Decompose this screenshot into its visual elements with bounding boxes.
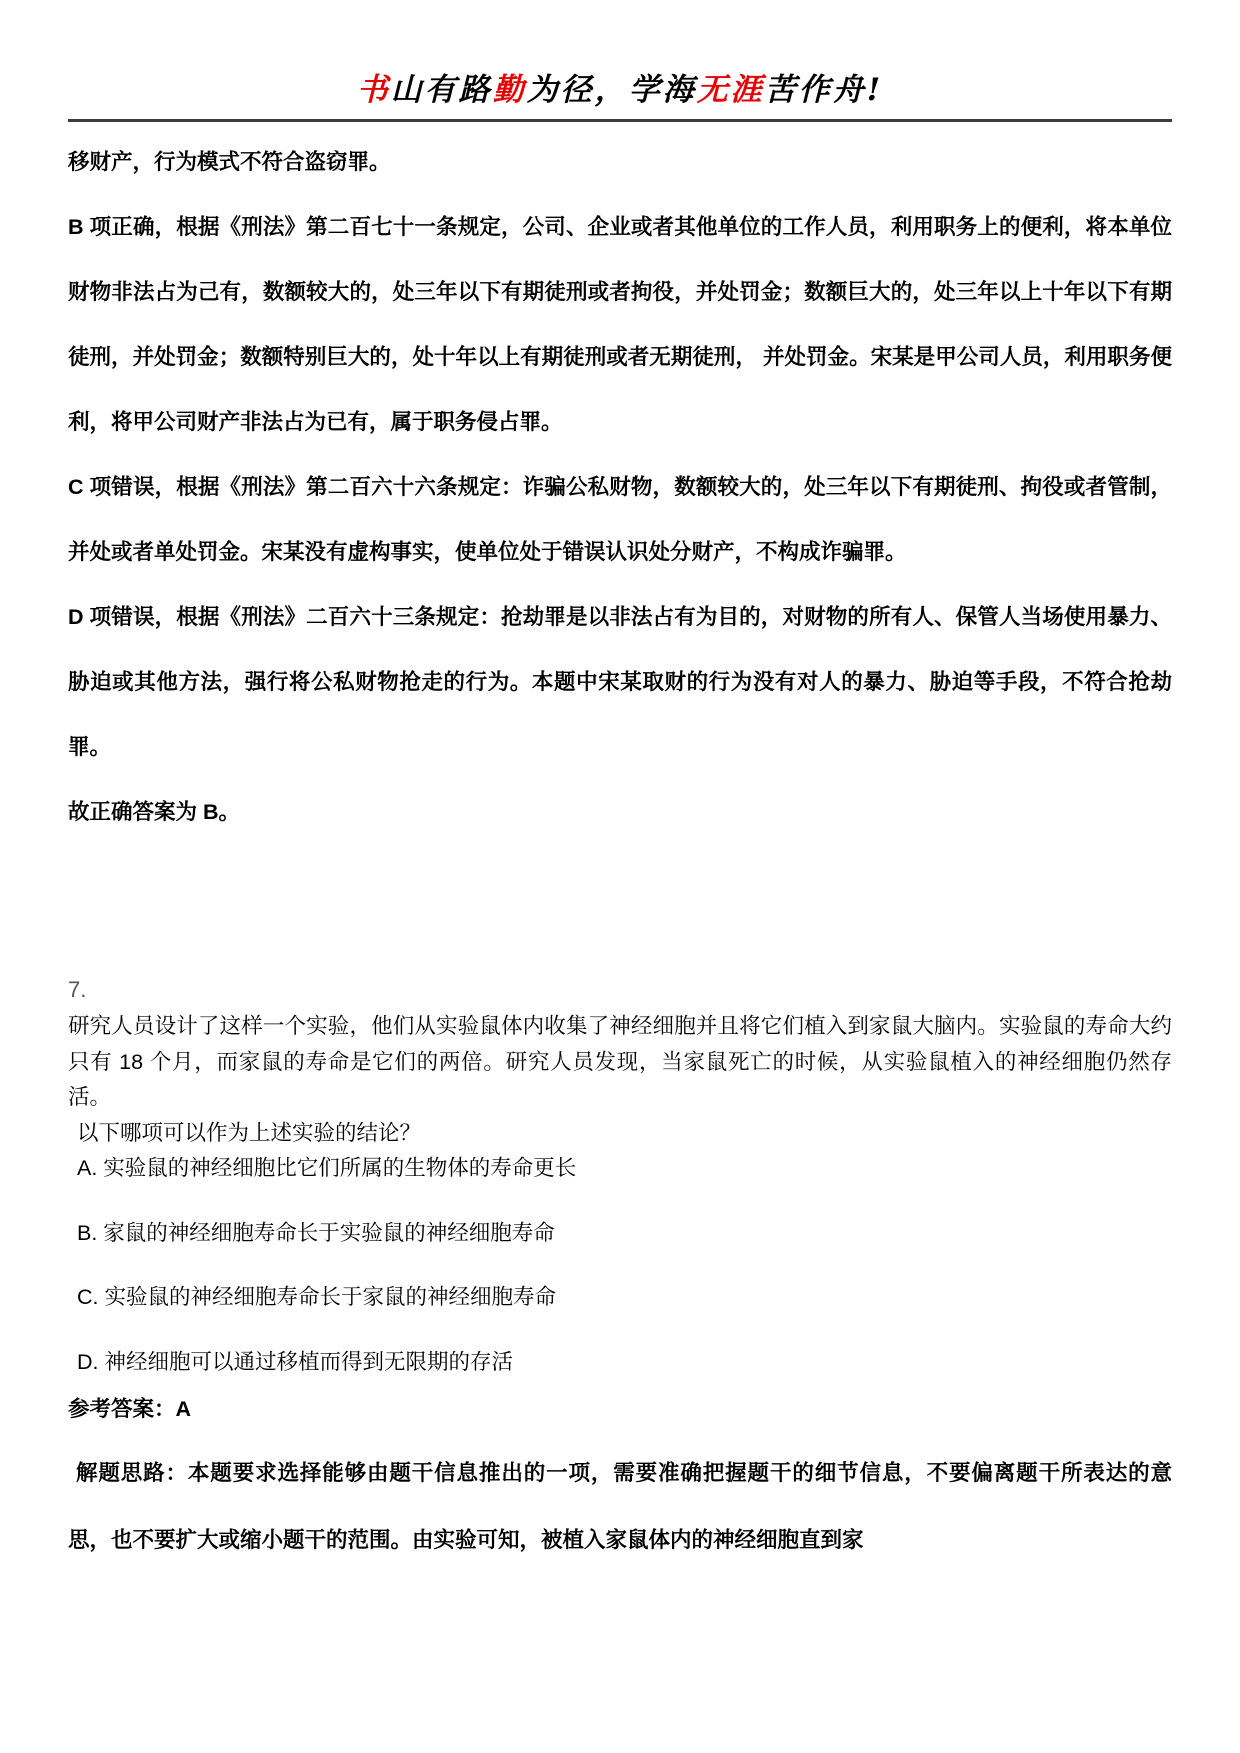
option-a: A. 实验鼠的神经细胞比它们所属的生物体的寿命更长: [77, 1151, 1172, 1187]
answer-paragraph-option-c: C 项错误，根据《刑法》第二百六十六条规定：诈骗公私财物，数额较大的，处三年以下…: [68, 455, 1172, 585]
page-header: 书山有路勤为径，学海无涯苦作舟!: [68, 0, 1172, 122]
question-prompt: 以下哪项可以作为上述实验的结论？: [77, 1116, 1172, 1152]
options-list: A. 实验鼠的神经细胞比它们所属的生物体的寿命更长 B. 家鼠的神经细胞寿命长于…: [77, 1151, 1172, 1380]
answer-conclusion: 故正确答案为 B。: [68, 780, 1172, 845]
motto-segment: 学海: [629, 72, 697, 108]
motto-segment: 苦作舟!: [765, 72, 884, 108]
answer-paragraph-option-d: D 项错误，根据《刑法》二百六十三条规定：抢劫罪是以非法占有为目的，对财物的所有…: [68, 585, 1172, 780]
header-motto: 书山有路勤为径，学海无涯苦作舟!: [68, 72, 1172, 109]
header-divider: [68, 119, 1172, 122]
motto-segment: 勤: [493, 72, 527, 108]
answer-explanation-section: 移财产，行为模式不符合盗窃罪。 B 项正确，根据《刑法》第二百七十一条规定，公司…: [68, 130, 1172, 845]
motto-segment: 书: [357, 72, 391, 108]
option-c: C. 实验鼠的神经细胞寿命长于家鼠的神经细胞寿命: [77, 1280, 1172, 1316]
question-7-section: 7. 研究人员设计了这样一个实验，他们从实验鼠体内收集了神经细胞并且将它们植入到…: [68, 973, 1172, 1574]
answer-paragraph-continuation: 移财产，行为模式不符合盗窃罪。: [68, 130, 1172, 195]
motto-segment: 无涯: [697, 72, 765, 108]
option-d: D. 神经细胞可以通过移植而得到无限期的存活: [77, 1345, 1172, 1381]
document-page: 书山有路勤为径，学海无涯苦作舟! 移财产，行为模式不符合盗窃罪。 B 项正确，根…: [0, 0, 1240, 1753]
option-b: B. 家鼠的神经细胞寿命长于实验鼠的神经细胞寿命: [77, 1216, 1172, 1252]
question-number: 7.: [68, 973, 1172, 1007]
answer-paragraph-option-b: B 项正确，根据《刑法》第二百七十一条规定，公司、企业或者其他单位的工作人员，利…: [68, 195, 1172, 455]
analysis-paragraph: 解题思路：本题要求选择能够由题干信息推出的一项，需要准确把握题干的细节信息，不要…: [68, 1440, 1172, 1574]
question-stem: 研究人员设计了这样一个实验，他们从实验鼠体内收集了神经细胞并且将它们植入到家鼠大…: [68, 1009, 1172, 1116]
reference-answer: 参考答案：A: [68, 1392, 1172, 1428]
motto-segment: 山有路: [391, 72, 493, 108]
motto-segment: 为径，: [527, 72, 629, 108]
